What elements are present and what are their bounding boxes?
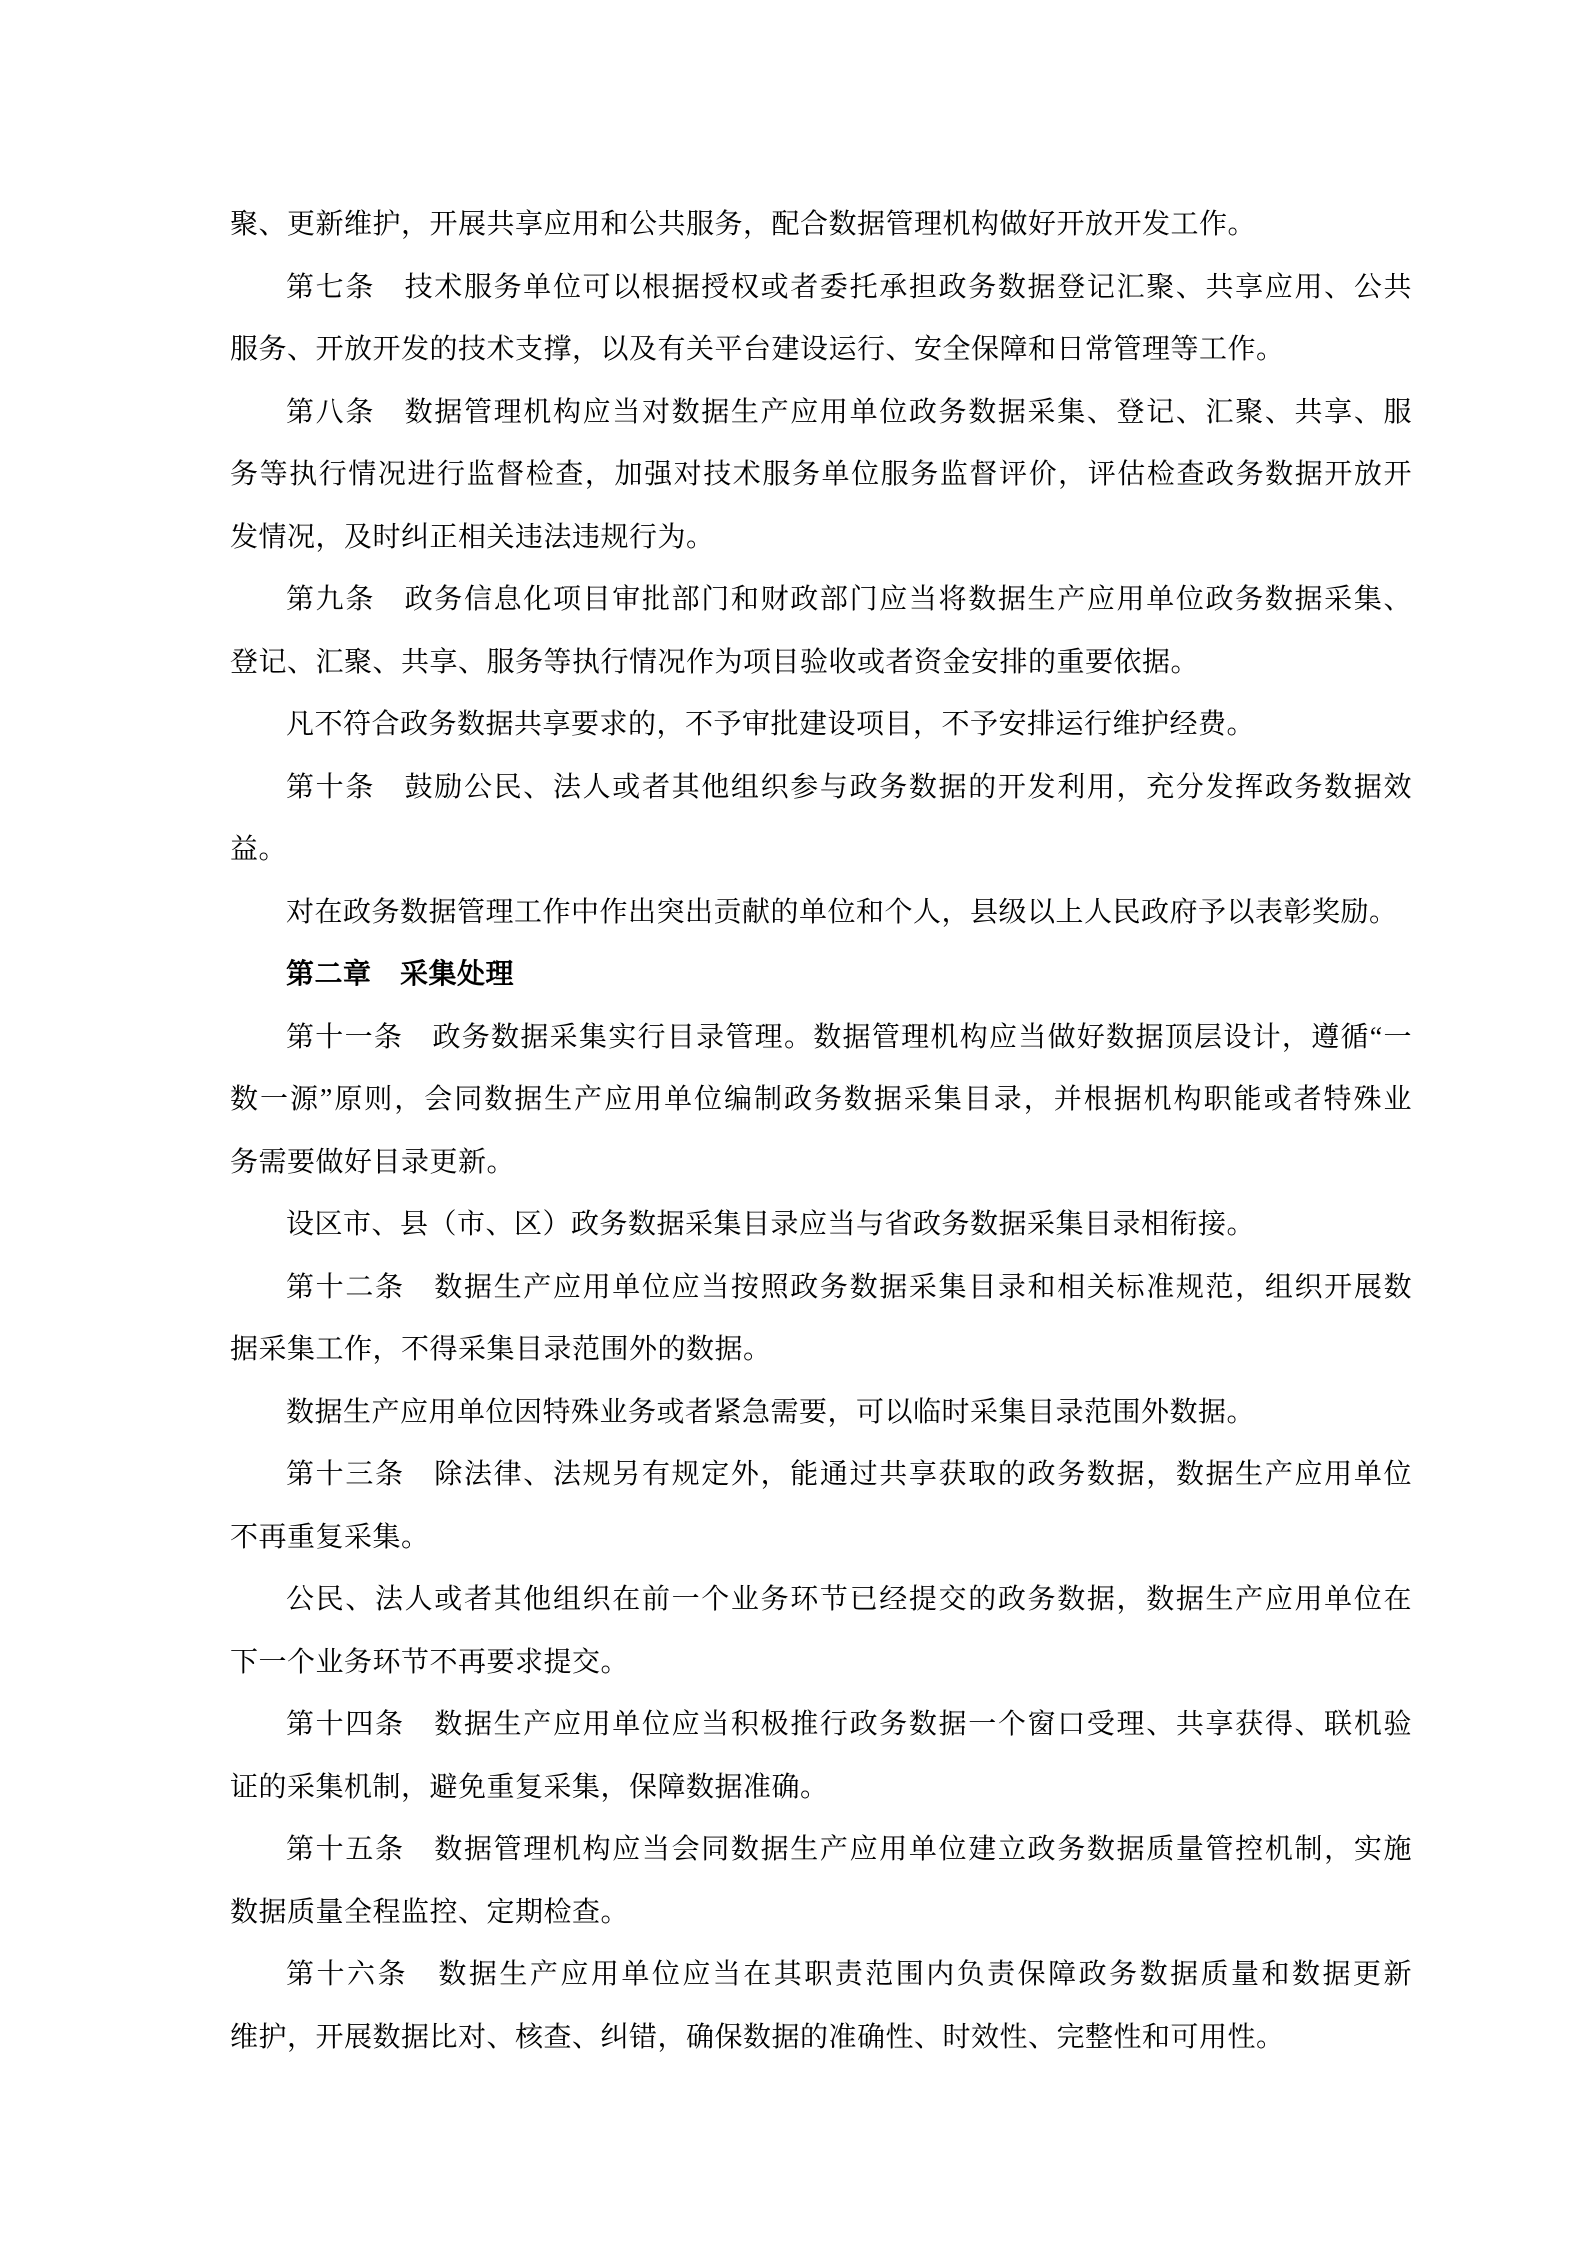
text-line: 第十二条 数据生产应用单位应当按照政务数据采集目录和相关标准规范，组织开展数 <box>230 1257 1412 1320</box>
text-line: 凡不符合政务数据共享要求的，不予审批建设项目，不予安排运行维护经费。 <box>230 694 1412 757</box>
text-line: 第十一条 政务数据采集实行目录管理。数据管理机构应当做好数据顶层设计，遵循“一 <box>230 1007 1412 1070</box>
text-line: 下一个业务环节不再要求提交。 <box>230 1632 1412 1695</box>
text-line: 数据质量全程监控、定期检查。 <box>230 1882 1412 1945</box>
text-line: 证的采集机制，避免重复采集，保障数据准确。 <box>230 1757 1412 1820</box>
text-line: 对在政务数据管理工作中作出突出贡献的单位和个人，县级以上人民政府予以表彰奖励。 <box>230 882 1412 945</box>
text-line: 第十四条 数据生产应用单位应当积极推行政务数据一个窗口受理、共享获得、联机验 <box>230 1694 1412 1757</box>
document-page: 聚、更新维护，开展共享应用和公共服务，配合数据管理机构做好开放开发工作。第七条 … <box>0 0 1586 2244</box>
text-line: 第八条 数据管理机构应当对数据生产应用单位政务数据采集、登记、汇聚、共享、服 <box>230 382 1412 445</box>
text-line: 公民、法人或者其他组织在前一个业务环节已经提交的政务数据，数据生产应用单位在 <box>230 1569 1412 1632</box>
text-line: 据采集工作，不得采集目录范围外的数据。 <box>230 1319 1412 1382</box>
text-line: 不再重复采集。 <box>230 1507 1412 1570</box>
text-line: 聚、更新维护，开展共享应用和公共服务，配合数据管理机构做好开放开发工作。 <box>230 194 1412 257</box>
text-line: 第十六条 数据生产应用单位应当在其职责范围内负责保障政务数据质量和数据更新 <box>230 1944 1412 2007</box>
text-line: 服务、开放开发的技术支撑，以及有关平台建设运行、安全保障和日常管理等工作。 <box>230 319 1412 382</box>
text-line: 务等执行情况进行监督检查，加强对技术服务单位服务监督评价，评估检查政务数据开放开 <box>230 444 1412 507</box>
text-line: 务需要做好目录更新。 <box>230 1132 1412 1195</box>
text-line: 发情况，及时纠正相关违法违规行为。 <box>230 507 1412 570</box>
text-line: 第十条 鼓励公民、法人或者其他组织参与政务数据的开发利用，充分发挥政务数据效 <box>230 757 1412 820</box>
document-lines: 聚、更新维护，开展共享应用和公共服务，配合数据管理机构做好开放开发工作。第七条 … <box>230 194 1412 2069</box>
text-line: 设区市、县（市、区）政务数据采集目录应当与省政务数据采集目录相衔接。 <box>230 1194 1412 1257</box>
text-line: 第九条 政务信息化项目审批部门和财政部门应当将数据生产应用单位政务数据采集、 <box>230 569 1412 632</box>
text-line: 第七条 技术服务单位可以根据授权或者委托承担政务数据登记汇聚、共享应用、公共 <box>230 257 1412 320</box>
text-line: 益。 <box>230 819 1412 882</box>
text-line: 第十三条 除法律、法规另有规定外，能通过共享获取的政务数据，数据生产应用单位 <box>230 1444 1412 1507</box>
text-line: 维护，开展数据比对、核查、纠错，确保数据的准确性、时效性、完整性和可用性。 <box>230 2007 1412 2070</box>
text-line: 数据生产应用单位因特殊业务或者紧急需要，可以临时采集目录范围外数据。 <box>230 1382 1412 1445</box>
text-line: 第十五条 数据管理机构应当会同数据生产应用单位建立政务数据质量管控机制，实施 <box>230 1819 1412 1882</box>
text-line: 数一源”原则，会同数据生产应用单位编制政务数据采集目录，并根据机构职能或者特殊业 <box>230 1069 1412 1132</box>
chapter-heading: 第二章 采集处理 <box>230 944 1412 1007</box>
text-line: 登记、汇聚、共享、服务等执行情况作为项目验收或者资金安排的重要依据。 <box>230 632 1412 695</box>
